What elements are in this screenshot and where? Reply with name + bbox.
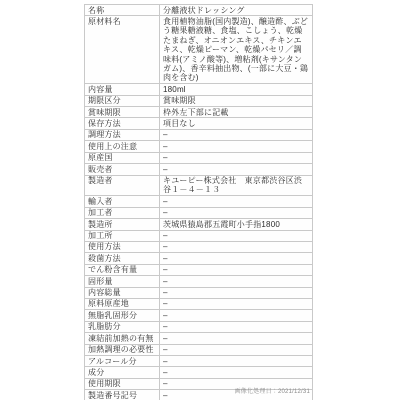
spec-value: – xyxy=(160,196,313,207)
spec-label: 調理方法 xyxy=(85,129,160,140)
spec-label: 加工所 xyxy=(85,230,160,241)
spec-label: 保存方法 xyxy=(85,118,160,129)
spec-value: – xyxy=(160,356,313,367)
spec-value: – xyxy=(160,207,313,218)
spec-label: 製造者 xyxy=(85,175,160,196)
spec-value: – xyxy=(160,230,313,241)
spec-label: 製造番号記号 xyxy=(85,390,160,400)
spec-value: – xyxy=(160,253,313,264)
spec-label: 内容量 xyxy=(85,84,160,95)
spec-label: 凍結前加熱の有無 xyxy=(85,333,160,344)
table-row: 使用方法– xyxy=(85,241,313,252)
table-row: 原材料名食用植物油脂(国内製造)、醸造酢、ぶどう糖果糖液糖、食塩、こしょう、乾燥… xyxy=(85,16,313,84)
spec-label: 固形量 xyxy=(85,276,160,287)
product-spec-image: 名称分離液状ドレッシング原材料名食用植物油脂(国内製造)、醸造酢、ぶどう糖果糖液… xyxy=(0,0,400,400)
table-row: 輸入者– xyxy=(85,196,313,207)
table-row: 殺菌方法– xyxy=(85,253,313,264)
spec-label: 賞味期限 xyxy=(85,107,160,118)
spec-value: – xyxy=(160,321,313,332)
spec-value: – xyxy=(160,344,313,355)
table-row: 内容総量– xyxy=(85,287,313,298)
spec-value: 枠外左下部に記載 xyxy=(160,107,313,118)
table-row: 乳脂肪分– xyxy=(85,321,313,332)
table-row: 固形量– xyxy=(85,276,313,287)
spec-label: 原材料名 xyxy=(85,16,160,84)
table-row: 凍結前加熱の有無– xyxy=(85,333,313,344)
spec-value: – xyxy=(160,129,313,140)
spec-label: 原産国 xyxy=(85,152,160,163)
image-processed-date-note: 画像化処理日：2021/12/31 xyxy=(235,389,310,396)
spec-value: 180ml xyxy=(160,84,313,95)
spec-value: 賞味期限 xyxy=(160,95,313,106)
table-row: 製造所茨城県猿島郡五霞町小手指1800 xyxy=(85,219,313,230)
spec-label: アルコール分 xyxy=(85,356,160,367)
table-row: 使用期限– xyxy=(85,378,313,389)
spec-value: – xyxy=(160,276,313,287)
table-row: 期限区分賞味期限 xyxy=(85,95,313,106)
spec-label: 原料原産地 xyxy=(85,298,160,309)
table-row: でん粉含有量– xyxy=(85,264,313,275)
spec-value: 茨城県猿島郡五霞町小手指1800 xyxy=(160,219,313,230)
spec-value: – xyxy=(160,264,313,275)
spec-label: 期限区分 xyxy=(85,95,160,106)
spec-value: 食用植物油脂(国内製造)、醸造酢、ぶどう糖果糖液糖、食塩、こしょう、乾燥たまねぎ… xyxy=(160,16,313,84)
table-row: 加工者– xyxy=(85,207,313,218)
spec-value: – xyxy=(160,310,313,321)
table-row: 調理方法– xyxy=(85,129,313,140)
table-row: アルコール分– xyxy=(85,356,313,367)
spec-label: 無脂乳固形分 xyxy=(85,310,160,321)
spec-value: – xyxy=(160,333,313,344)
spec-label: 使用方法 xyxy=(85,241,160,252)
table-row: 使用上の注意– xyxy=(85,141,313,152)
table-row: 製造者キユーピー株式会社 東京都渋谷区渋谷１－４－１３ xyxy=(85,175,313,196)
spec-label: 製造所 xyxy=(85,219,160,230)
table-row: 販売者– xyxy=(85,164,313,175)
table-row: 保存方法項目なし xyxy=(85,118,313,129)
spec-label: 内容総量 xyxy=(85,287,160,298)
spec-value: – xyxy=(160,298,313,309)
spec-label: 加工者 xyxy=(85,207,160,218)
product-spec-table-body: 名称分離液状ドレッシング原材料名食用植物油脂(国内製造)、醸造酢、ぶどう糖果糖液… xyxy=(85,5,313,400)
table-row: 加工所– xyxy=(85,230,313,241)
table-row: 原産国– xyxy=(85,152,313,163)
spec-label: 使用上の注意 xyxy=(85,141,160,152)
spec-value: – xyxy=(160,152,313,163)
spec-value: – xyxy=(160,141,313,152)
table-row: 加熱調理の必要性– xyxy=(85,344,313,355)
spec-label: 販売者 xyxy=(85,164,160,175)
spec-label: 名称 xyxy=(85,5,160,16)
spec-value: – xyxy=(160,378,313,389)
table-row: 成分– xyxy=(85,367,313,378)
table-row: 無脂乳固形分– xyxy=(85,310,313,321)
spec-label: 成分 xyxy=(85,367,160,378)
table-row: 内容量180ml xyxy=(85,84,313,95)
spec-label: 輸入者 xyxy=(85,196,160,207)
spec-value: 分離液状ドレッシング xyxy=(160,5,313,16)
spec-value: – xyxy=(160,164,313,175)
spec-value: キユーピー株式会社 東京都渋谷区渋谷１－４－１３ xyxy=(160,175,313,196)
spec-value: – xyxy=(160,241,313,252)
spec-value: – xyxy=(160,287,313,298)
product-spec-table: 名称分離液状ドレッシング原材料名食用植物油脂(国内製造)、醸造酢、ぶどう糖果糖液… xyxy=(84,4,313,400)
spec-label: 乳脂肪分 xyxy=(85,321,160,332)
spec-label: でん粉含有量 xyxy=(85,264,160,275)
table-row: 原料原産地– xyxy=(85,298,313,309)
table-row: 賞味期限枠外左下部に記載 xyxy=(85,107,313,118)
spec-value: – xyxy=(160,367,313,378)
spec-label: 加熱調理の必要性 xyxy=(85,344,160,355)
spec-label: 使用期限 xyxy=(85,378,160,389)
table-row: 名称分離液状ドレッシング xyxy=(85,5,313,16)
spec-label: 殺菌方法 xyxy=(85,253,160,264)
spec-value: 項目なし xyxy=(160,118,313,129)
